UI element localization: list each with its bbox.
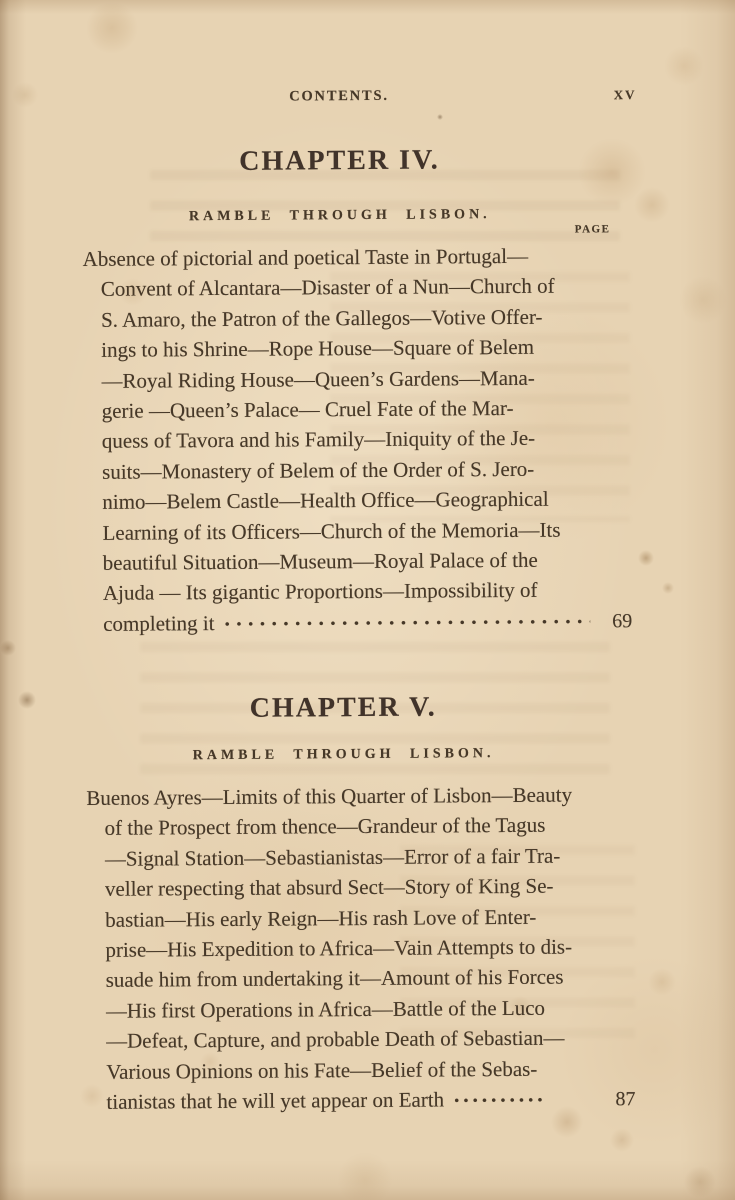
page-content: CONTENTS. XV CHAPTER IV. RAMBLE THROUGH … xyxy=(81,0,636,1117)
chapter-heading: CHAPTER V. xyxy=(86,689,633,727)
summary-line: veller respecting that absurd Sect—Story… xyxy=(105,871,602,905)
chapter-section-v: CHAPTER V. RAMBLE THROUGH LISBON. Buenos… xyxy=(86,689,636,1117)
summary-line: quess of Tavora and his Family—Iniquity … xyxy=(102,423,599,457)
book-page: CONTENTS. XV CHAPTER IV. RAMBLE THROUGH … xyxy=(0,0,735,1200)
folio-number: XV xyxy=(614,87,637,103)
summary-line: ings to his Shrine—Rope House—Square of … xyxy=(101,332,598,366)
summary-line: —Defeat, Capture, and probable Death of … xyxy=(106,1023,603,1057)
summary-line: S. Amaro, the Patron of the Gallegos—Vot… xyxy=(101,301,598,335)
closing-line: completing it ••••••••••••••••••••••••••… xyxy=(85,605,632,639)
chapter-subheading: RAMBLE THROUGH LISBON. xyxy=(86,744,633,765)
closing-text: completing it xyxy=(103,608,215,639)
dot-leader: •••••••••• xyxy=(444,1085,594,1116)
summary-line: Buenos Ayres—Limits of this Quarter of L… xyxy=(86,779,601,813)
chapter-summary: Absence of pictorial and poetical Taste … xyxy=(83,240,633,608)
summary-line: —Signal Station—Sebastianistas—Error of … xyxy=(105,840,602,874)
summary-line: —Royal Riding House—Queen’s Gardens—Mana… xyxy=(101,362,598,396)
summary-line: prise—His Expedition to Africa—Vain Atte… xyxy=(105,931,602,965)
running-header: CONTENTS. XV xyxy=(81,85,628,107)
summary-line: bastian—His early Reign—His rash Love of… xyxy=(105,901,602,935)
closing-text: tianistas that he will yet appear on Ear… xyxy=(106,1084,444,1117)
summary-line: suits—Monastery of Belem of the Order of… xyxy=(102,453,599,487)
chapter-heading: CHAPTER IV. xyxy=(82,142,629,180)
summary-line: Learning of its Officers—Church of the M… xyxy=(102,514,599,548)
summary-line: gerie —Queen’s Palace— Cruel Fate of the… xyxy=(102,392,599,426)
summary-line: Ajuda — Its gigantic Proportions—Impossi… xyxy=(103,575,600,609)
summary-line: of the Prospect from thence—Grandeur of … xyxy=(104,810,601,844)
summary-line: Absence of pictorial and poetical Taste … xyxy=(83,240,598,274)
summary-line: Various Opinions on his Fate—Belief of t… xyxy=(106,1053,603,1087)
page-ref: 87 xyxy=(593,1084,635,1115)
page-column-label: PAGE xyxy=(82,223,610,240)
dot-leader: ••••••••••••••••••••••••••••••••••• xyxy=(214,607,590,640)
chapter-section-iv: CHAPTER IV. RAMBLE THROUGH LISBON. PAGE … xyxy=(82,142,632,639)
summary-line: —His first Operations in Africa—Battle o… xyxy=(106,992,603,1026)
page-ref: 69 xyxy=(590,606,632,637)
closing-line: tianistas that he will yet appear on Ear… xyxy=(88,1083,635,1117)
summary-line: suade him from undertaking it—Amount of … xyxy=(106,962,603,996)
summary-line: Convent of Alcantara—Disaster of a Nun—C… xyxy=(101,271,598,305)
chapter-summary: Buenos Ayres—Limits of this Quarter of L… xyxy=(86,779,635,1087)
page-title: CONTENTS. xyxy=(81,85,596,107)
summary-line: beautiful Situation—Museum—Royal Palace … xyxy=(103,544,600,578)
summary-line: nimo—Belem Castle—Health Office—Geograph… xyxy=(102,483,599,517)
